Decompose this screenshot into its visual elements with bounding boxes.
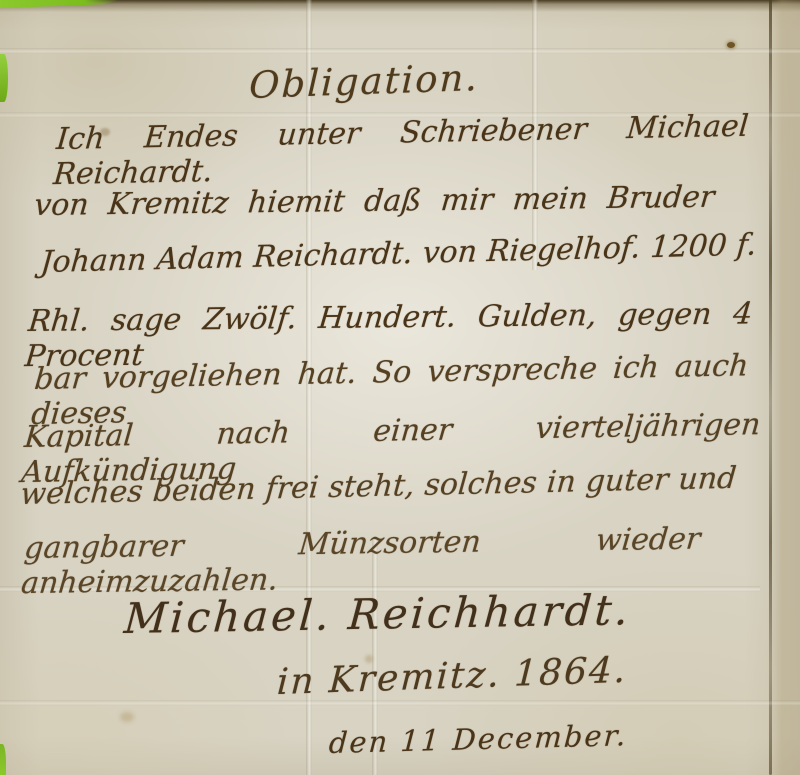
place-and-year-line: in Kremitz. 1864. <box>276 650 629 703</box>
right-fold-shading <box>770 0 800 775</box>
scanner-mat-sliver-left <box>0 54 8 102</box>
document-title: Obligation. <box>248 56 479 107</box>
paper-stain-spot <box>120 712 134 722</box>
horizontal-crease <box>0 48 800 54</box>
signature-line: Michael. Reichhardt. <box>123 585 633 643</box>
right-fold-crease <box>769 0 772 775</box>
ink-stain-spot <box>727 42 735 48</box>
scanned-document-page: Obligation. Ich Endes unter Schriebener … <box>0 0 800 775</box>
torn-top-edge <box>0 0 800 12</box>
horizontal-crease <box>0 700 800 706</box>
handwritten-line-2: von Kremitz hiemit daß mir mein Bruder <box>33 180 716 223</box>
day-and-month-line: den 11 December. <box>328 718 629 760</box>
paper-sheet: Obligation. Ich Endes unter Schriebener … <box>0 0 800 775</box>
handwritten-line-3: Johann Adam Reichardt. von Riegelhof. 12… <box>39 228 758 281</box>
